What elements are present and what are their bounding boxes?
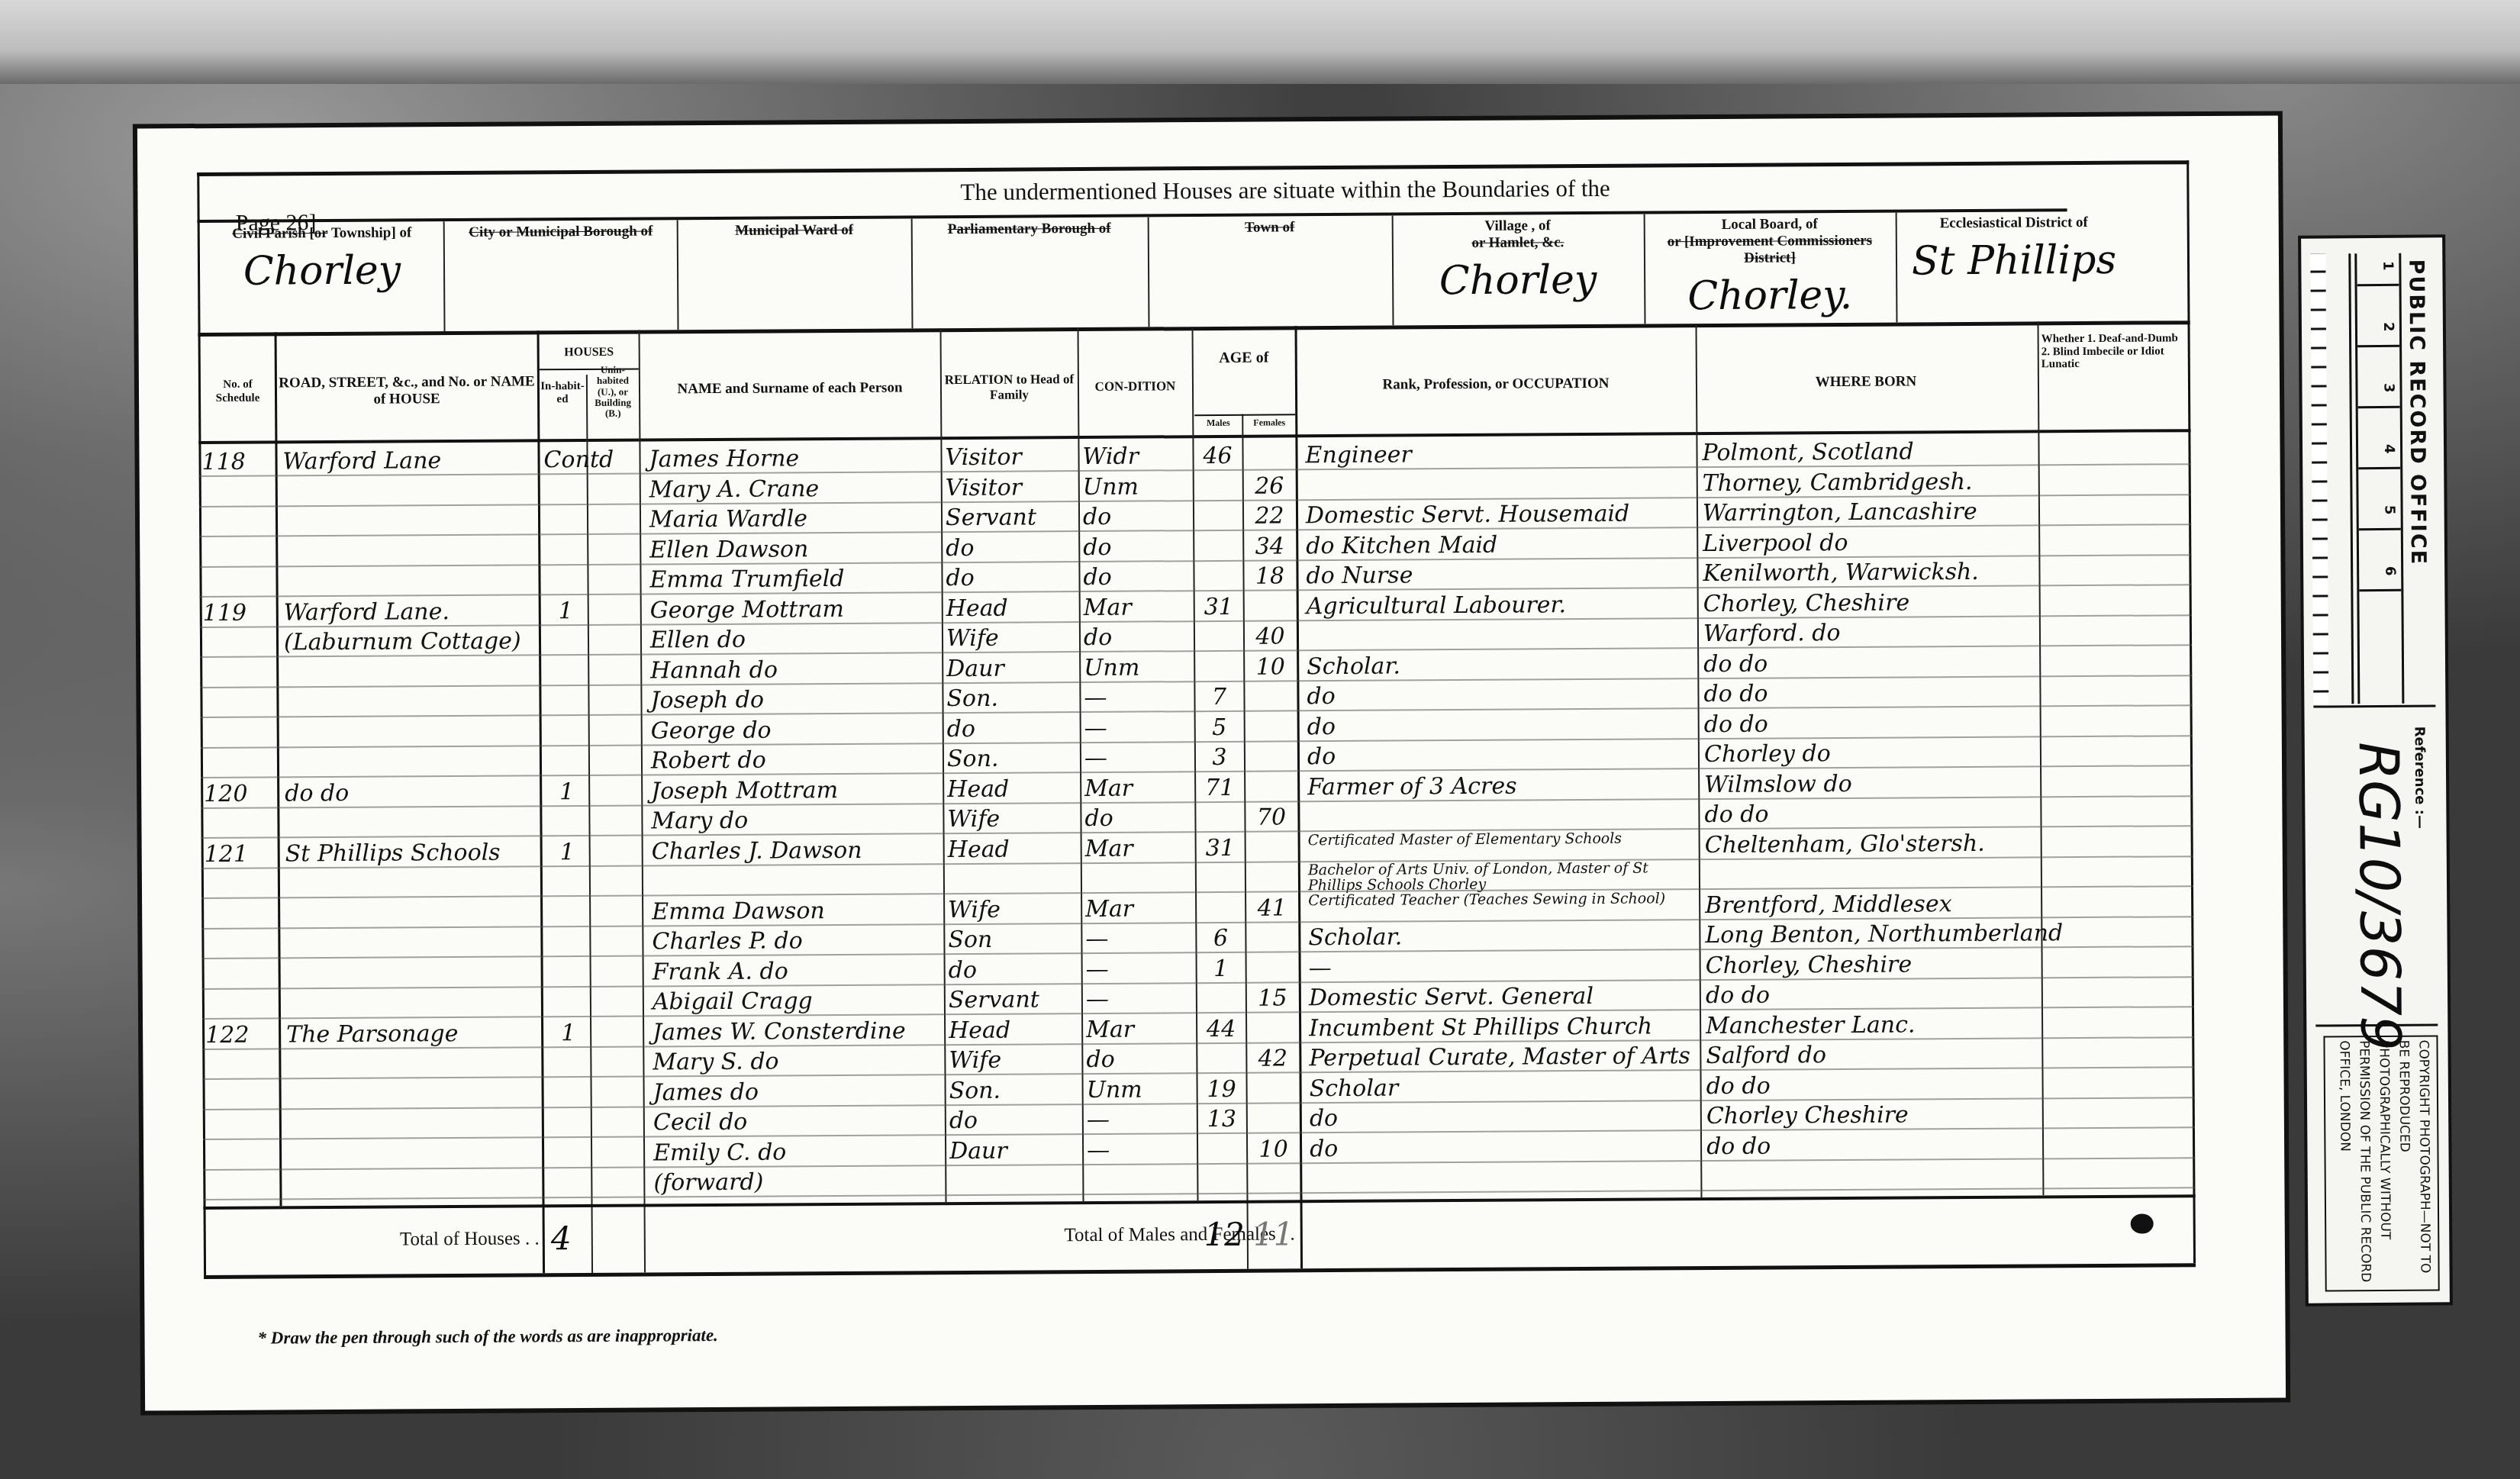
condition-cell: do <box>1086 1044 1193 1075</box>
occupation-cell: Domestic Servt. General <box>1309 981 1698 1013</box>
uninhabited-cell <box>590 505 636 535</box>
condition-cell: do <box>1084 803 1191 833</box>
inhabited-cell <box>546 927 588 957</box>
boundary-civil-parish: Civil Parish [or Township] of Chorley <box>204 224 441 329</box>
relation-cell: do <box>947 714 1077 744</box>
inhabited-cell <box>546 897 588 926</box>
female-age-cell <box>1247 833 1297 862</box>
occupation-cell <box>1306 469 1695 501</box>
boundary-title: The undermentioned Houses are situate wi… <box>960 175 1610 206</box>
occupation-cell: do <box>1310 1132 1699 1164</box>
condition-cell: — <box>1085 923 1192 954</box>
total-males-value: 12 <box>1204 1200 1246 1269</box>
uninhabited-cell <box>592 867 638 897</box>
occupation-cell: Scholar <box>1309 1071 1698 1104</box>
female-age-cell: 42 <box>1248 1043 1297 1073</box>
ink-blot <box>2131 1213 2154 1233</box>
name-cell: Robert do <box>651 744 941 775</box>
relation-cell: do <box>949 955 1078 985</box>
col-where-born: WHERE BORN <box>1698 333 2035 430</box>
rule-top <box>197 160 2189 176</box>
schedule-cell <box>205 989 278 1020</box>
female-age-cell: 70 <box>1246 802 1296 832</box>
schedule-cell: 120 <box>204 778 276 809</box>
occupation-cell: Incumbent St Phillips Church <box>1309 1011 1698 1043</box>
occupation-cell: — <box>1309 951 1698 983</box>
condition-cell: do <box>1084 622 1191 652</box>
occupation-cell: Certificated Teacher (Teaches Sewing in … <box>1308 891 1697 923</box>
condition-cell <box>1085 863 1192 894</box>
uninhabited-cell <box>594 1078 640 1107</box>
occupation-cell: do <box>1307 739 1697 772</box>
boundary-municipal-borough: City or Municipal Borough of <box>446 223 676 327</box>
road-cell <box>285 897 541 929</box>
col-schedule: No. of Schedule <box>201 343 275 440</box>
relation-cell: Son <box>948 924 1078 955</box>
name-cell: Mary S. do <box>653 1046 943 1077</box>
name-cell: Charles P. do <box>652 925 942 956</box>
name-cell: George do <box>651 714 941 746</box>
occupation-cell: do Kitchen Maid <box>1306 529 1695 561</box>
where-born-cell: do do <box>1706 1069 2041 1101</box>
where-born-cell <box>1705 858 2041 890</box>
male-age-cell <box>1196 622 1242 652</box>
female-age-cell <box>1248 953 1297 983</box>
schedule-cell <box>202 507 275 537</box>
boundary-parliamentary-borough: Parliamentary Borough of <box>915 221 1145 325</box>
col-condition: CON-DITION <box>1080 338 1191 434</box>
occupation-cell: Engineer <box>1305 438 1694 470</box>
occupation-cell: Perpetual Curate, Master of Arts <box>1309 1041 1698 1073</box>
uninhabited-cell <box>591 746 637 776</box>
relation-cell: Son. <box>947 743 1077 774</box>
name-cell: George Mottram <box>650 594 940 625</box>
occupation-cell: do Nurse <box>1306 559 1695 591</box>
scale-mark: 1 <box>2380 261 2396 271</box>
male-age-cell: 5 <box>1197 712 1242 742</box>
occupation-cell: Agricultural Labourer. <box>1307 589 1696 621</box>
where-born-cell: do do <box>1704 797 2040 830</box>
uninhabited-cell <box>589 445 635 475</box>
male-age-cell: 1 <box>1198 953 1244 983</box>
male-age-cell <box>1199 1134 1245 1164</box>
schedule-cell: 119 <box>203 598 276 628</box>
where-born-cell: Chorley, Cheshire <box>1703 587 2039 619</box>
relation-cell: Head <box>946 593 1076 623</box>
boundary-village: Village , ofor Hamlet, &c. Chorley <box>1396 217 1641 322</box>
occupation-cell: do <box>1310 1101 1699 1133</box>
female-age-cell <box>1246 772 1296 802</box>
name-cell: Hannah do <box>650 654 940 685</box>
relation-cell: Daur <box>949 1136 1079 1166</box>
local-board-value: Chorley. <box>1648 272 1892 320</box>
condition-cell: Widr <box>1082 441 1189 472</box>
condition-cell: do <box>1083 501 1190 532</box>
inhabited-cell: Contd <box>543 445 585 475</box>
inhabited-cell: 1 <box>547 1017 589 1047</box>
col-inhabited: In-habit-ed <box>540 380 585 405</box>
schedule-cell <box>205 899 277 930</box>
male-age-cell <box>1198 1044 1244 1074</box>
schedule-cell <box>203 658 276 688</box>
col-occupation: Rank, Profession, or OCCUPATION <box>1297 335 1695 433</box>
scale-tick <box>2358 406 2400 408</box>
inhabited-cell <box>546 807 588 836</box>
condition-cell: — <box>1087 1104 1194 1135</box>
where-born-cell: Chorley do <box>1704 737 2040 769</box>
township-value: Chorley <box>204 247 440 295</box>
where-born-cell: Chorley Cheshire <box>1706 1099 2042 1131</box>
schedule-cell <box>202 537 275 568</box>
name-cell: Joseph Mottram <box>651 775 941 806</box>
relation-cell: Servant <box>946 502 1075 533</box>
schedule-cell: 118 <box>201 446 274 477</box>
inhabited-cell <box>545 626 587 656</box>
inhabited-cell <box>548 1108 590 1138</box>
total-females-value: 11 <box>1250 1200 1297 1268</box>
male-age-cell <box>1195 501 1241 531</box>
scale-mark: 6 <box>2382 566 2398 576</box>
road-cell <box>283 475 539 507</box>
uninhabited-cell <box>591 776 637 806</box>
road-cell <box>287 1139 543 1170</box>
village-value: Chorley <box>1396 257 1640 304</box>
schedule-cell <box>204 718 276 749</box>
relation-cell <box>949 1165 1079 1196</box>
female-age-cell <box>1249 1164 1298 1194</box>
where-born-cell: Manchester Lanc. <box>1706 1009 2041 1041</box>
where-born-cell: Warford. do <box>1703 617 2039 649</box>
relation-cell: Wife <box>949 1045 1078 1075</box>
relation-cell: Wife <box>946 623 1076 653</box>
inhabited-cell: 1 <box>546 836 588 866</box>
male-age-cell <box>1199 1165 1245 1194</box>
where-born-cell: Chorley, Cheshire <box>1706 949 2041 981</box>
relation-cell: Wife <box>948 894 1078 925</box>
female-age-cell: 40 <box>1245 621 1295 651</box>
name-cell: Ellen Dawson <box>649 533 939 565</box>
female-age-cell <box>1245 591 1295 621</box>
name-cell: Charles J. Dawson <box>652 835 942 866</box>
road-cell <box>287 1168 543 1200</box>
total-houses-label: Total of Houses . . <box>356 1204 540 1274</box>
relation-cell: Wife <box>947 804 1077 834</box>
inhabited-cell <box>545 686 587 716</box>
inhabited-cell <box>547 957 589 987</box>
inhabited-cell <box>546 716 588 746</box>
col-name: NAME and Surname of each Person <box>641 340 939 437</box>
col-uninhabited: Unin-habited (U.), or Building (B.) <box>588 365 638 420</box>
road-cell: Warford Lane. <box>284 596 540 627</box>
occupation-cell: Domestic Servt. Housemaid <box>1306 498 1695 530</box>
female-age-cell <box>1246 742 1296 772</box>
uninhabited-cell <box>594 1168 640 1198</box>
ecclesiastical-value: St Phillips <box>1900 237 2128 285</box>
uninhabited-cell <box>591 626 636 656</box>
col-infirmity: Whether 1. Deaf-and-Dumb 2. Blind Imbeci… <box>2041 332 2186 371</box>
condition-cell: — <box>1086 984 1193 1014</box>
scale-tick <box>2359 528 2401 530</box>
inhabited-cell <box>545 656 587 685</box>
occupation-cell: Farmer of 3 Acres <box>1307 770 1697 802</box>
male-age-cell <box>1195 562 1241 591</box>
male-age-cell <box>1196 652 1242 681</box>
male-age-cell: 44 <box>1198 1013 1244 1043</box>
occupation-cell <box>1307 800 1697 832</box>
road-cell <box>285 746 540 778</box>
condition-cell: Unm <box>1086 1075 1193 1105</box>
condition-cell: do <box>1083 562 1190 592</box>
condition-cell: Mar <box>1085 894 1192 924</box>
occupation-cell: do <box>1307 710 1697 742</box>
schedule-cell <box>204 748 276 778</box>
condition-cell <box>1087 1165 1194 1195</box>
where-born-cell: Polmont, Scotland <box>1702 436 2038 468</box>
name-cell: James Horne <box>649 443 939 474</box>
boundary-town: Town of <box>1152 219 1389 324</box>
scale-tick <box>2357 284 2399 286</box>
uninhabited-cell <box>591 807 637 836</box>
where-born-cell: Liverpool do <box>1703 527 2038 559</box>
relation-cell: Son. <box>946 683 1076 714</box>
ruler-scale <box>2310 253 2354 704</box>
schedule-cell <box>206 1170 279 1200</box>
scale-mark: 3 <box>2380 383 2396 393</box>
where-born-cell: Brentford, Middlesex <box>1705 888 2041 920</box>
road-cell <box>283 536 539 567</box>
where-born-cell: Cheltenham, Glo'stersh. <box>1705 828 2041 860</box>
female-age-cell: 10 <box>1245 652 1295 681</box>
road-cell: St Phillips Schools <box>285 837 541 868</box>
name-cell: Emma Trumfield <box>649 563 939 594</box>
col-females: Females <box>1244 417 1294 428</box>
scale-tick <box>2357 345 2399 347</box>
census-form: Page 26] The undermentioned Houses are s… <box>197 160 2196 1317</box>
schedule-cell <box>203 688 276 718</box>
uninhabited-cell <box>593 1017 639 1047</box>
relation-cell: Daur <box>946 653 1076 684</box>
where-born-cell: Salford do <box>1706 1039 2041 1071</box>
inhabited-cell <box>548 1168 590 1198</box>
condition-cell: — <box>1086 954 1193 984</box>
female-age-cell: 10 <box>1249 1134 1298 1164</box>
name-cell: James W. Consterdine <box>653 1016 943 1047</box>
condition-cell: — <box>1084 682 1191 713</box>
female-age-cell: 41 <box>1247 893 1297 923</box>
road-cell <box>283 505 539 536</box>
road-cell <box>285 807 540 838</box>
road-cell <box>286 958 542 989</box>
male-age-cell: 3 <box>1197 743 1242 772</box>
col-road: ROAD, STREET, &c., and No. or NAME of HO… <box>277 342 537 439</box>
female-age-cell <box>1244 440 1294 470</box>
where-born-cell: Long Benton, Northumberland <box>1705 918 2041 950</box>
schedule-cell <box>206 1080 279 1110</box>
uninhabited-cell <box>590 565 636 595</box>
uninhabited-cell <box>591 686 636 716</box>
total-houses-value: 4 <box>551 1204 590 1273</box>
occupation-cell: Scholar. <box>1308 920 1697 952</box>
female-age-cell: 18 <box>1245 561 1294 591</box>
male-age-cell: 71 <box>1197 772 1242 802</box>
condition-cell: do <box>1083 532 1190 562</box>
reference-label: Reference :— <box>2412 727 2428 830</box>
male-age-cell: 19 <box>1198 1074 1244 1104</box>
where-born-cell: Kenilworth, Warwicksh. <box>1703 556 2038 588</box>
condition-cell: Mar <box>1085 833 1192 864</box>
uninhabited-cell <box>590 475 636 504</box>
inhabited-cell: 1 <box>546 776 588 806</box>
schedule-cell <box>205 959 278 990</box>
schedule-cell <box>205 929 277 959</box>
occupation-cell <box>1310 1162 1699 1194</box>
male-age-cell <box>1195 531 1241 561</box>
scale-mark: 5 <box>2382 505 2398 515</box>
inhabited-cell <box>548 1078 590 1107</box>
female-age-cell <box>1245 681 1295 711</box>
name-cell: Joseph do <box>650 684 940 715</box>
female-age-cell: 34 <box>1245 531 1294 561</box>
female-age-cell <box>1246 712 1296 742</box>
inhabited-cell <box>548 1138 590 1168</box>
road-cell <box>287 1108 543 1139</box>
male-age-cell: 7 <box>1196 682 1242 712</box>
inhabited-cell <box>544 475 586 505</box>
name-cell: (forward) <box>653 1166 943 1197</box>
where-born-cell: do do <box>1703 677 2039 709</box>
male-age-cell <box>1197 863 1243 893</box>
scale-boxes: 123456 <box>2354 253 2404 704</box>
census-page: Page 26] The undermentioned Houses are s… <box>137 115 2286 1410</box>
inhabited-cell <box>547 988 589 1017</box>
uninhabited-cell <box>591 656 636 685</box>
male-age-cell: 6 <box>1197 923 1243 953</box>
female-age-cell: 22 <box>1245 501 1294 530</box>
relation-cell: Servant <box>949 984 1078 1015</box>
occupation-cell: Scholar. <box>1307 649 1696 681</box>
name-cell: James do <box>653 1076 943 1107</box>
schedule-cell: 122 <box>205 1020 278 1050</box>
relation-cell: do <box>946 562 1075 593</box>
female-age-cell <box>1249 1104 1298 1133</box>
relation-cell: do <box>946 533 1075 563</box>
road-cell <box>285 717 540 748</box>
relation-cell: Son. <box>949 1075 1078 1106</box>
schedule-cell <box>204 808 276 839</box>
relation-cell: Visitor <box>945 442 1075 472</box>
male-age-cell <box>1198 984 1244 1013</box>
uninhabited-cell <box>592 836 638 866</box>
where-born-cell: do do <box>1703 647 2039 679</box>
where-born-cell: do do <box>1706 978 2041 1010</box>
male-age-cell: 31 <box>1196 591 1242 621</box>
condition-cell: Mar <box>1084 592 1191 623</box>
road-cell <box>284 656 540 688</box>
name-cell: Emma Dawson <box>652 895 942 926</box>
col-relation: RELATION to Head of Family <box>943 339 1077 435</box>
schedule-cell <box>206 1110 279 1140</box>
schedule-cell <box>205 1049 278 1080</box>
uninhabited-cell <box>591 595 636 625</box>
schedule-cell <box>205 868 277 899</box>
schedule-cell: 121 <box>205 839 277 869</box>
road-cell <box>286 988 542 1019</box>
female-age-cell <box>1248 1074 1297 1104</box>
inhabited-cell <box>544 505 586 535</box>
road-cell: (Laburnum Cottage) <box>284 626 540 657</box>
uninhabited-cell <box>594 1138 640 1168</box>
name-cell <box>652 865 942 896</box>
condition-cell: Unm <box>1083 472 1190 502</box>
name-cell: Emily C. do <box>653 1136 943 1168</box>
relation-cell: Head <box>949 1015 1078 1046</box>
uninhabited-cell <box>591 716 637 746</box>
boundary-ecclesiastical-district: Ecclesiastical District of St Phillips <box>1900 214 2129 319</box>
uninhabited-cell <box>592 927 638 957</box>
condition-cell: — <box>1084 743 1191 773</box>
male-age-cell <box>1195 471 1241 501</box>
uninhabited-cell <box>593 957 639 987</box>
road-cell <box>284 686 540 717</box>
where-born-cell: Thorney, Cambridgesh. <box>1703 466 2038 498</box>
schedule-cell <box>202 567 275 598</box>
road-cell: Warford Lane <box>282 445 538 476</box>
office-label: PUBLIC RECORD OFFICE <box>2404 259 2430 566</box>
relation-cell: Head <box>948 834 1078 865</box>
where-born-cell: Wilmslow do <box>1704 768 2040 800</box>
uninhabited-cell <box>590 535 636 565</box>
name-cell: Ellen do <box>650 623 940 655</box>
name-cell: Frank A. do <box>653 955 943 987</box>
inhabited-cell <box>546 746 588 776</box>
col-males: Males <box>1194 418 1242 429</box>
name-cell: Cecil do <box>653 1106 943 1137</box>
male-age-cell <box>1197 803 1242 833</box>
where-born-cell: do do <box>1706 1129 2042 1162</box>
inhabited-cell <box>544 535 586 565</box>
occupation-cell: do <box>1307 679 1696 711</box>
road-cell: do do <box>285 777 540 808</box>
male-age-cell <box>1197 893 1243 923</box>
relation-cell: Visitor <box>946 472 1075 503</box>
male-age-cell: 46 <box>1194 441 1240 471</box>
name-cell: Mary do <box>651 804 941 836</box>
condition-cell: — <box>1087 1135 1194 1165</box>
scale-mark: 2 <box>2380 322 2396 332</box>
road-cell <box>283 565 539 597</box>
reference-value: RG10/3679 <box>2347 742 2413 1052</box>
name-cell: Abigail Cragg <box>653 985 943 1017</box>
name-cell: Maria Wardle <box>649 503 939 534</box>
condition-cell: Mar <box>1084 773 1191 804</box>
scan-top-edge <box>0 0 2520 84</box>
inhabited-cell: 1 <box>545 595 587 625</box>
schedule-cell <box>206 1140 279 1171</box>
where-born-cell: Warrington, Lancashire <box>1703 496 2038 528</box>
female-age-cell <box>1248 1013 1297 1043</box>
male-age-cell: 31 <box>1197 833 1243 862</box>
inhabited-cell <box>546 867 588 897</box>
occupation-cell <box>1307 619 1696 651</box>
condition-cell: Unm <box>1084 652 1191 683</box>
male-age-cell: 13 <box>1199 1104 1245 1134</box>
name-cell: Mary A. Crane <box>649 473 939 504</box>
scale-tick <box>2358 467 2400 469</box>
female-age-cell: 26 <box>1245 471 1294 501</box>
uninhabited-cell <box>593 988 639 1017</box>
schedule-cell <box>203 627 276 658</box>
uninhabited-cell <box>594 1108 640 1138</box>
